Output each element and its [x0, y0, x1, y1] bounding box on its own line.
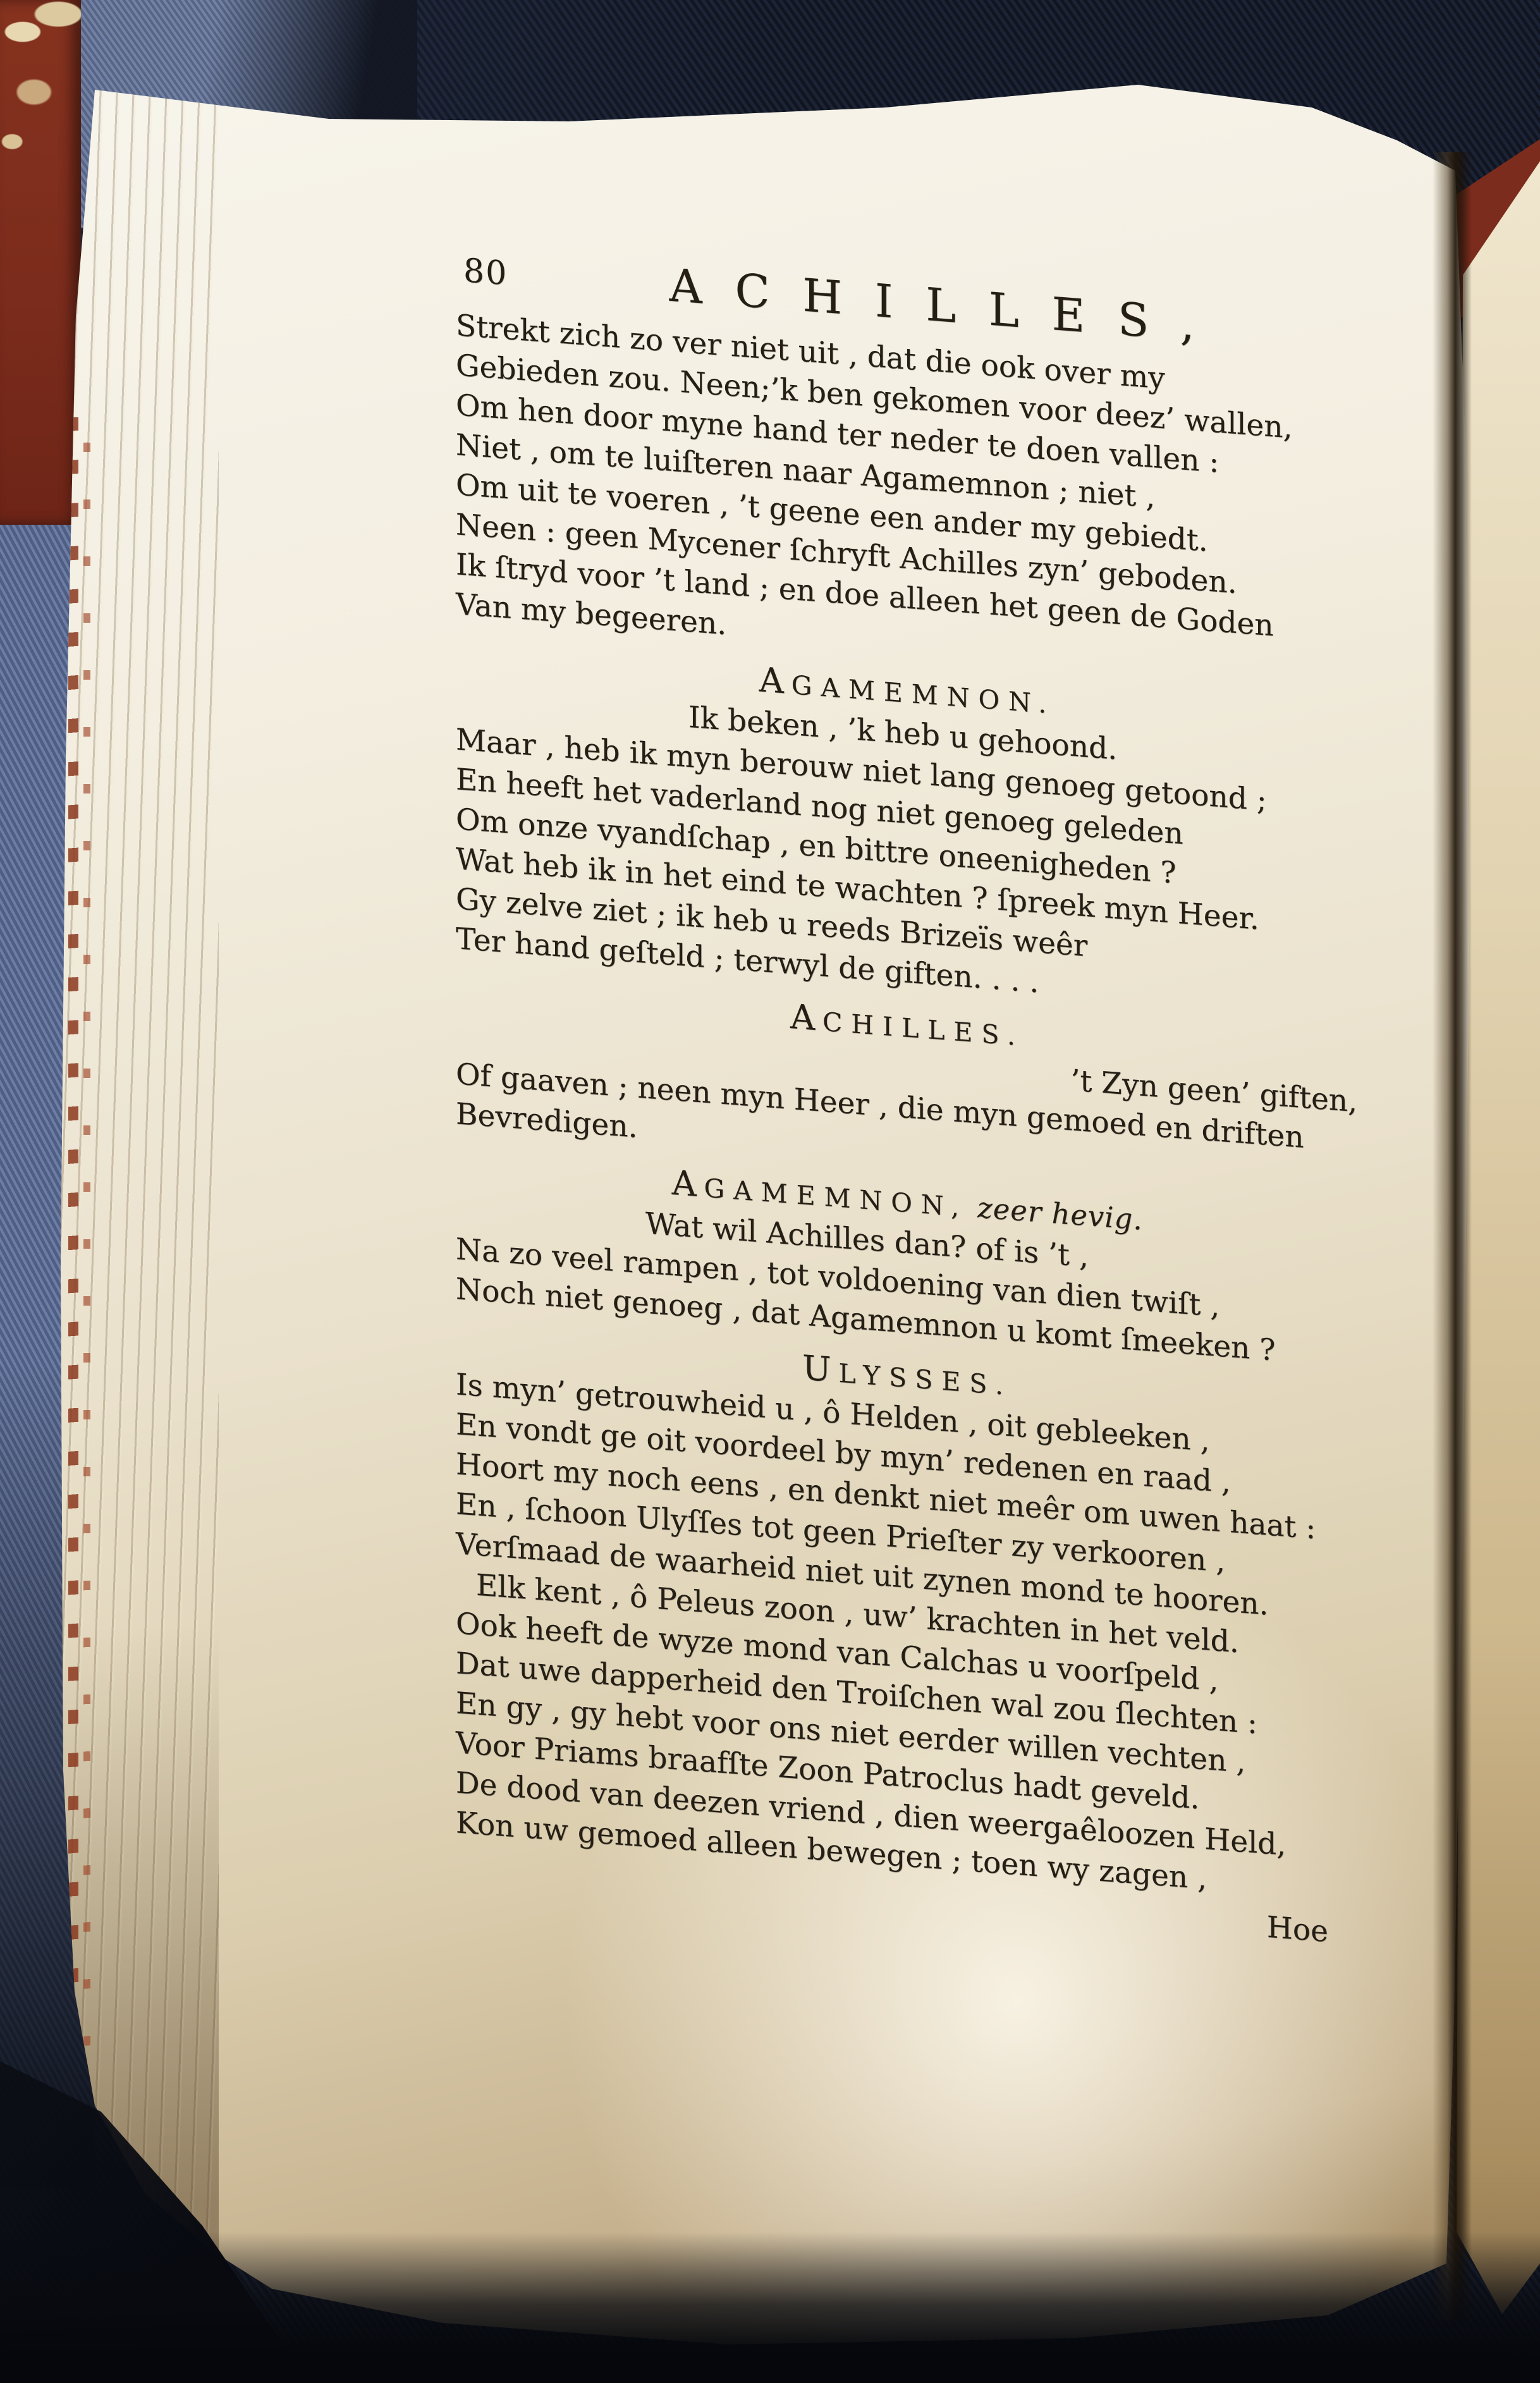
page-number: 80: [463, 252, 508, 293]
printed-text-block: 80 ACHILLES, Strekt zich zo ver niet uit…: [446, 239, 1369, 1955]
cover-marbling: [0, 0, 81, 177]
book-photo: 80 ACHILLES, Strekt zich zo ver niet uit…: [0, 0, 1540, 2383]
text-lines: Strekt zich zo ver niet uit , dat die oo…: [446, 305, 1369, 1911]
bottom-shadow: [0, 2232, 1540, 2383]
book-cover-corner: [0, 0, 81, 525]
book-page: 80 ACHILLES, Strekt zich zo ver niet uit…: [0, 0, 1540, 2383]
page-gutter-shadow: [1433, 152, 1472, 2320]
fore-edge-marbled-speckles: [83, 443, 90, 2213]
